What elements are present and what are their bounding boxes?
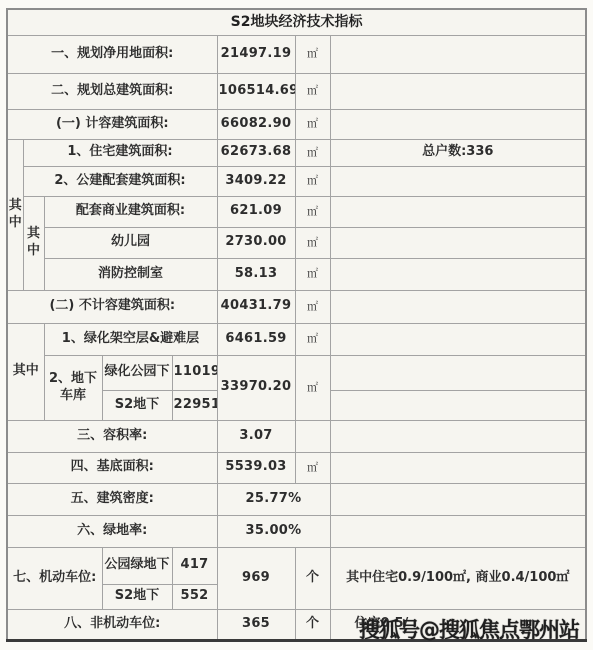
underground-garage-sub1-value: 11019.2 [172,355,217,390]
total-building-area-label: 二、规划总建筑面积: [7,73,217,109]
row-countable-area: (一) 计容建筑面积: 66082.90 ㎡ [7,109,586,139]
motor-parking-value: 969 [217,547,295,609]
countable-area-remark [330,109,586,139]
underground-garage-label: 2、地下车库 [44,355,102,420]
public-amenity-area-remark [330,166,586,196]
underground-garage-value: 33970.20 [217,355,295,420]
sohu-watermark: 搜狐号@搜狐焦点鄂州站 [359,614,579,644]
kindergarten-value: 2730.00 [217,227,295,258]
motor-parking-sub2-value: 552 [172,584,217,609]
plot-ratio-label: 三、容积率: [7,420,217,452]
net-land-area-value: 21497.19 [217,35,295,73]
total-building-area-remark [330,73,586,109]
fire-control-room-unit: ㎡ [295,258,330,290]
non-motor-parking-unit: 个 [295,609,330,640]
non-motor-parking-label: 八、非机动车位: [7,609,217,640]
base-area-unit: ㎡ [295,452,330,483]
underground-garage-sub2-value: 22951 [172,390,217,420]
kindergarten-label: 幼儿园 [44,227,217,258]
table-sheet: S2地块经济技术指标 一、规划净用地面积: 21497.19 ㎡ 二、规划总建筑… [6,8,587,642]
row-commercial-area: 其中 配套商业建筑面积: 621.09 ㎡ [7,196,586,227]
fire-control-room-remark [330,258,586,290]
net-land-area-remark [330,35,586,73]
base-area-value: 5539.03 [217,452,295,483]
residential-area-unit: ㎡ [295,139,330,166]
motor-parking-sub1-value: 417 [172,547,217,584]
public-amenity-area-value: 3409.22 [217,166,295,196]
motor-parking-sub1-label: 公园绿地下 [102,547,172,584]
residential-area-remark: 总户数:336 [330,139,586,166]
green-refuge-floor-value: 6461.59 [217,323,295,355]
row-motor-parking-1: 七、机动车位: 公园绿地下 417 969 个 其中住宅0.9/100㎡, 商业… [7,547,586,584]
commercial-area-remark [330,196,586,227]
net-land-area-label: 一、规划净用地面积: [7,35,217,73]
green-ratio-value: 35.00% [217,515,330,547]
plot-ratio-value: 3.07 [217,420,295,452]
countable-area-unit: ㎡ [295,109,330,139]
motor-parking-sub2-label: S2地下 [102,584,172,609]
underground-garage-sub1-label: 绿化公园下 [102,355,172,390]
page-title: S2地块经济技术指标 [7,9,586,35]
net-land-area-unit: ㎡ [295,35,330,73]
row-kindergarten: 幼儿园 2730.00 ㎡ [7,227,586,258]
uncountable-area-value: 40431.79 [217,290,295,323]
kindergarten-unit: ㎡ [295,227,330,258]
row-total-building-area: 二、规划总建筑面积: 106514.69 ㎡ [7,73,586,109]
public-amenity-area-label: 2、公建配套建筑面积: [23,166,217,196]
total-building-area-value: 106514.69 [217,73,295,109]
building-density-label: 五、建筑密度: [7,483,217,515]
commercial-area-value: 621.09 [217,196,295,227]
countable-area-value: 66082.90 [217,109,295,139]
row-green-refuge-floor: 其中 1、绿化架空层&避难层 6461.59 ㎡ [7,323,586,355]
commercial-area-unit: ㎡ [295,196,330,227]
total-building-area-unit: ㎡ [295,73,330,109]
uncountable-area-unit: ㎡ [295,290,330,323]
green-ratio-label: 六、绿地率: [7,515,217,547]
row-net-land-area: 一、规划净用地面积: 21497.19 ㎡ [7,35,586,73]
building-density-value: 25.77% [217,483,330,515]
fire-control-room-label: 消防控制室 [44,258,217,290]
economic-indicators-table: S2地块经济技术指标 一、规划净用地面积: 21497.19 ㎡ 二、规划总建筑… [6,8,587,642]
qizhong-group2-cell: 其中 [7,323,44,420]
residential-area-label: 1、住宅建筑面积: [23,139,217,166]
underground-garage-remark-1 [330,355,586,390]
base-area-remark [330,452,586,483]
green-refuge-floor-remark [330,323,586,355]
motor-parking-remark: 其中住宅0.9/100㎡, 商业0.4/100㎡ [330,547,586,609]
row-title: S2地块经济技术指标 [7,9,586,35]
motor-parking-label: 七、机动车位: [7,547,102,609]
green-refuge-floor-label: 1、绿化架空层&避难层 [44,323,217,355]
motor-parking-unit: 个 [295,547,330,609]
row-plot-ratio: 三、容积率: 3.07 [7,420,586,452]
fire-control-room-value: 58.13 [217,258,295,290]
underground-garage-remark-2 [330,390,586,420]
countable-area-label: (一) 计容建筑面积: [7,109,217,139]
row-underground-garage-1: 2、地下车库 绿化公园下 11019.2 33970.20 ㎡ [7,355,586,390]
public-amenity-area-unit: ㎡ [295,166,330,196]
row-fire-control-room: 消防控制室 58.13 ㎡ [7,258,586,290]
row-uncountable-area: (二) 不计容建筑面积: 40431.79 ㎡ [7,290,586,323]
row-green-ratio: 六、绿地率: 35.00% [7,515,586,547]
row-residential-area: 其中 1、住宅建筑面积: 62673.68 ㎡ 总户数:336 [7,139,586,166]
qizhong-inner-cell: 其中 [23,196,44,290]
plot-ratio-remark [330,420,586,452]
uncountable-area-remark [330,290,586,323]
row-building-density: 五、建筑密度: 25.77% [7,483,586,515]
uncountable-area-label: (二) 不计容建筑面积: [7,290,217,323]
base-area-label: 四、基底面积: [7,452,217,483]
plot-ratio-unit [295,420,330,452]
green-ratio-remark [330,515,586,547]
underground-garage-unit: ㎡ [295,355,330,420]
building-density-remark [330,483,586,515]
kindergarten-remark [330,227,586,258]
green-refuge-floor-unit: ㎡ [295,323,330,355]
row-base-area: 四、基底面积: 5539.03 ㎡ [7,452,586,483]
row-public-amenity-area: 2、公建配套建筑面积: 3409.22 ㎡ [7,166,586,196]
qizhong-outer-cell: 其中 [7,139,23,290]
underground-garage-sub2-label: S2地下 [102,390,172,420]
residential-area-value: 62673.68 [217,139,295,166]
non-motor-parking-value: 365 [217,609,295,640]
commercial-area-label: 配套商业建筑面积: [44,196,217,227]
